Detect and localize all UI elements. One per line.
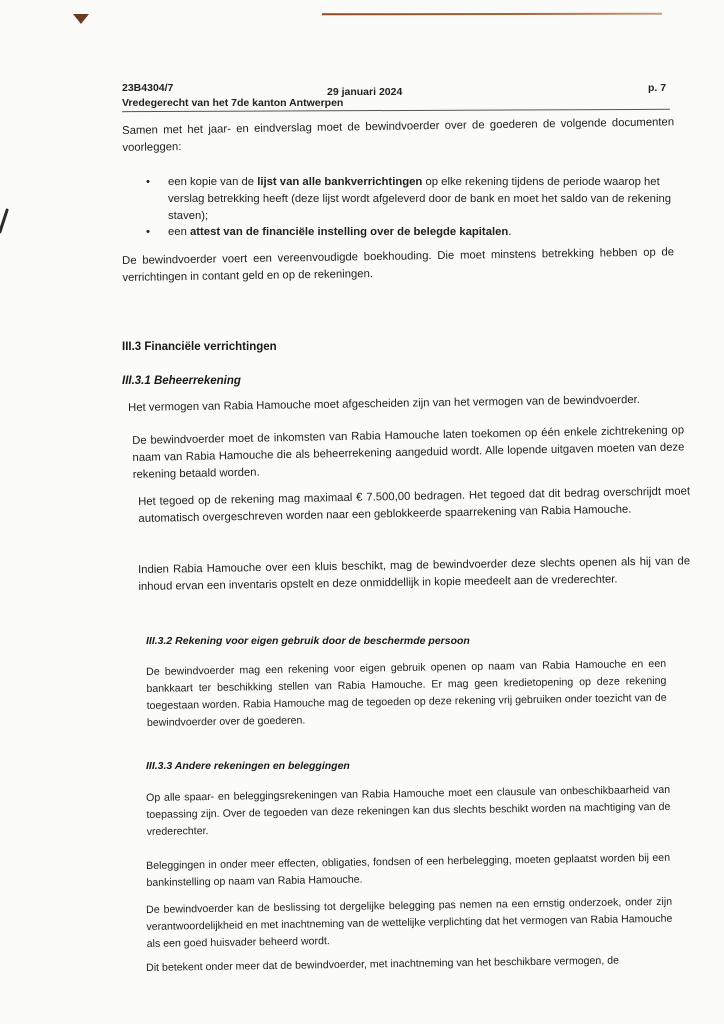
- bookkeeping-paragraph: De bewindvoerder voert een vereenvoudigd…: [122, 244, 674, 287]
- subsection-heading: III.3.3 Andere rekeningen en beleggingen: [146, 760, 350, 772]
- paragraph: Dit betekent onder meer dat de bewindvoe…: [146, 952, 672, 977]
- court-name: Vredegerecht van het 7de kanton Antwerpe…: [122, 97, 343, 109]
- page-number: p. 7: [648, 82, 666, 94]
- scan-edge-line: [322, 13, 662, 16]
- paragraph: De bewindvoerder kan de beslissing tot d…: [146, 894, 673, 953]
- section-heading: III.3 Financiële verrichtingen: [122, 341, 277, 353]
- bullet-symbol: •: [146, 224, 150, 241]
- intro-paragraph: Samen met het jaar- en eindverslag moet …: [122, 114, 674, 157]
- paragraph: Op alle spaar- en beleggingsrekeningen v…: [146, 782, 671, 841]
- paragraph: Het tegoed op de rekening mag maximaal €…: [138, 483, 691, 528]
- bullet-item: • een kopie van de lijst van alle bankve…: [146, 174, 674, 225]
- paragraph: Indien Rabia Hamouche over een kluis bes…: [138, 553, 690, 596]
- scan-edge-mark: [0, 208, 9, 234]
- paragraph: De bewindvoerder mag een rekening voor e…: [146, 656, 667, 732]
- binder-clip-mark: [73, 14, 89, 24]
- case-number: 23B4304/7: [122, 82, 173, 94]
- bullet-symbol: •: [146, 174, 150, 191]
- paragraph: De bewindvoerder moet de inkomsten van R…: [132, 422, 685, 484]
- header-divider: [122, 109, 670, 112]
- bullet-item: • een attest van de financiële instellin…: [146, 224, 674, 241]
- subsection-heading: III.3.1 Beheerrekening: [122, 375, 241, 387]
- paragraph: Het vermogen van Rabia Hamouche moet afg…: [128, 391, 680, 417]
- scanned-document-page: 23B4304/7 29 januari 2024 p. 7 Vredegere…: [0, 0, 724, 1024]
- subsection-heading: III.3.2 Rekening voor eigen gebruik door…: [146, 635, 470, 647]
- paragraph: Beleggingen in onder meer effecten, obli…: [146, 850, 670, 892]
